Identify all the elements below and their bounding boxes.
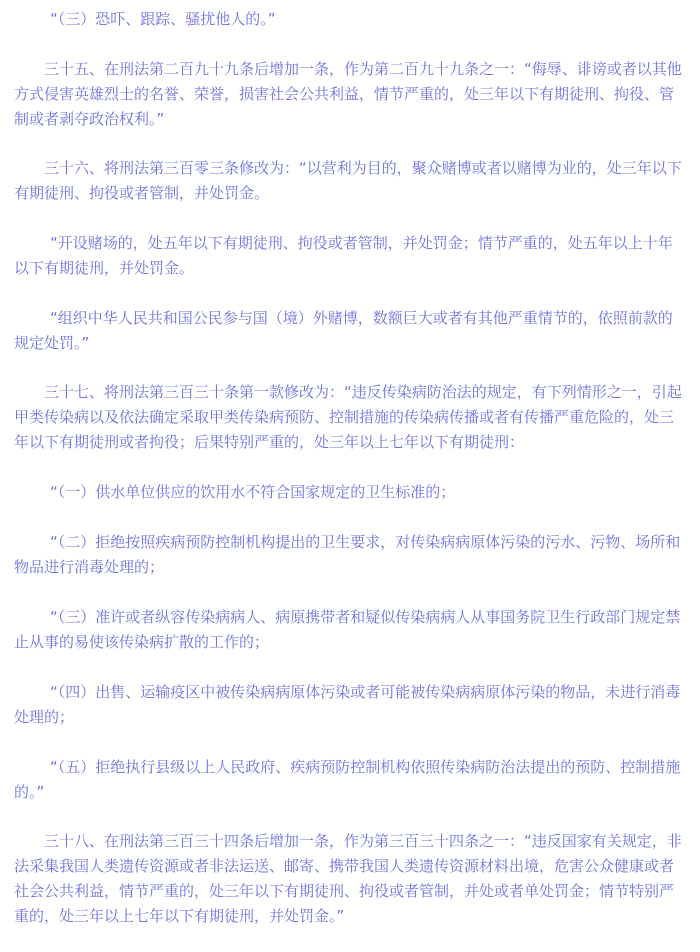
paragraph-article-35: 三十五、在刑法第二百九十九条后增加一条，作为第二百九十九条之一：“侮辱、诽谤或者… — [14, 57, 686, 132]
paragraph-gambling-venue: “开设赌场的，处五年以下有期徒刑、拘役或者管制，并处罚金；情节严重的，处五年以上… — [14, 231, 686, 281]
paragraph-item-three-intimidation: “（三）恐吓、跟踪、骚扰他人的。” — [14, 7, 686, 32]
paragraph-item-one: “（一）供水单位供应的饮用水不符合国家规定的卫生标准的； — [14, 480, 686, 505]
paragraph-article-36: 三十六、将刑法第三百零三条修改为：“以营利为目的，聚众赌博或者以赌博为业的，处三… — [14, 156, 686, 206]
paragraph-overseas-gambling: “组织中华人民共和国公民参与国（境）外赌博，数额巨大或者有其他严重情节的，依照前… — [14, 306, 686, 356]
paragraph-item-five: “（五）拒绝执行县级以上人民政府、疾病预防控制机构依照传染病防治法提出的预防、控… — [14, 755, 686, 805]
paragraph-article-38: 三十八、在刑法第三百三十四条后增加一条，作为第三百三十四条之一：“违反国家有关规… — [14, 829, 686, 929]
paragraph-item-two: “（二）拒绝按照疾病预防控制机构提出的卫生要求，对传染病病原体污染的污水、污物、… — [14, 530, 686, 580]
paragraph-article-37: 三十七、将刑法第三百三十条第一款修改为：“违反传染病防治法的规定，有下列情形之一… — [14, 380, 686, 455]
paragraph-item-three: “（三）准许或者纵容传染病病人、病原携带者和疑似传染病病人从事国务院卫生行政部门… — [14, 605, 686, 655]
paragraph-item-four: “（四）出售、运输疫区中被传染病病原体污染或者可能被传染病病原体污染的物品，未进… — [14, 680, 686, 730]
